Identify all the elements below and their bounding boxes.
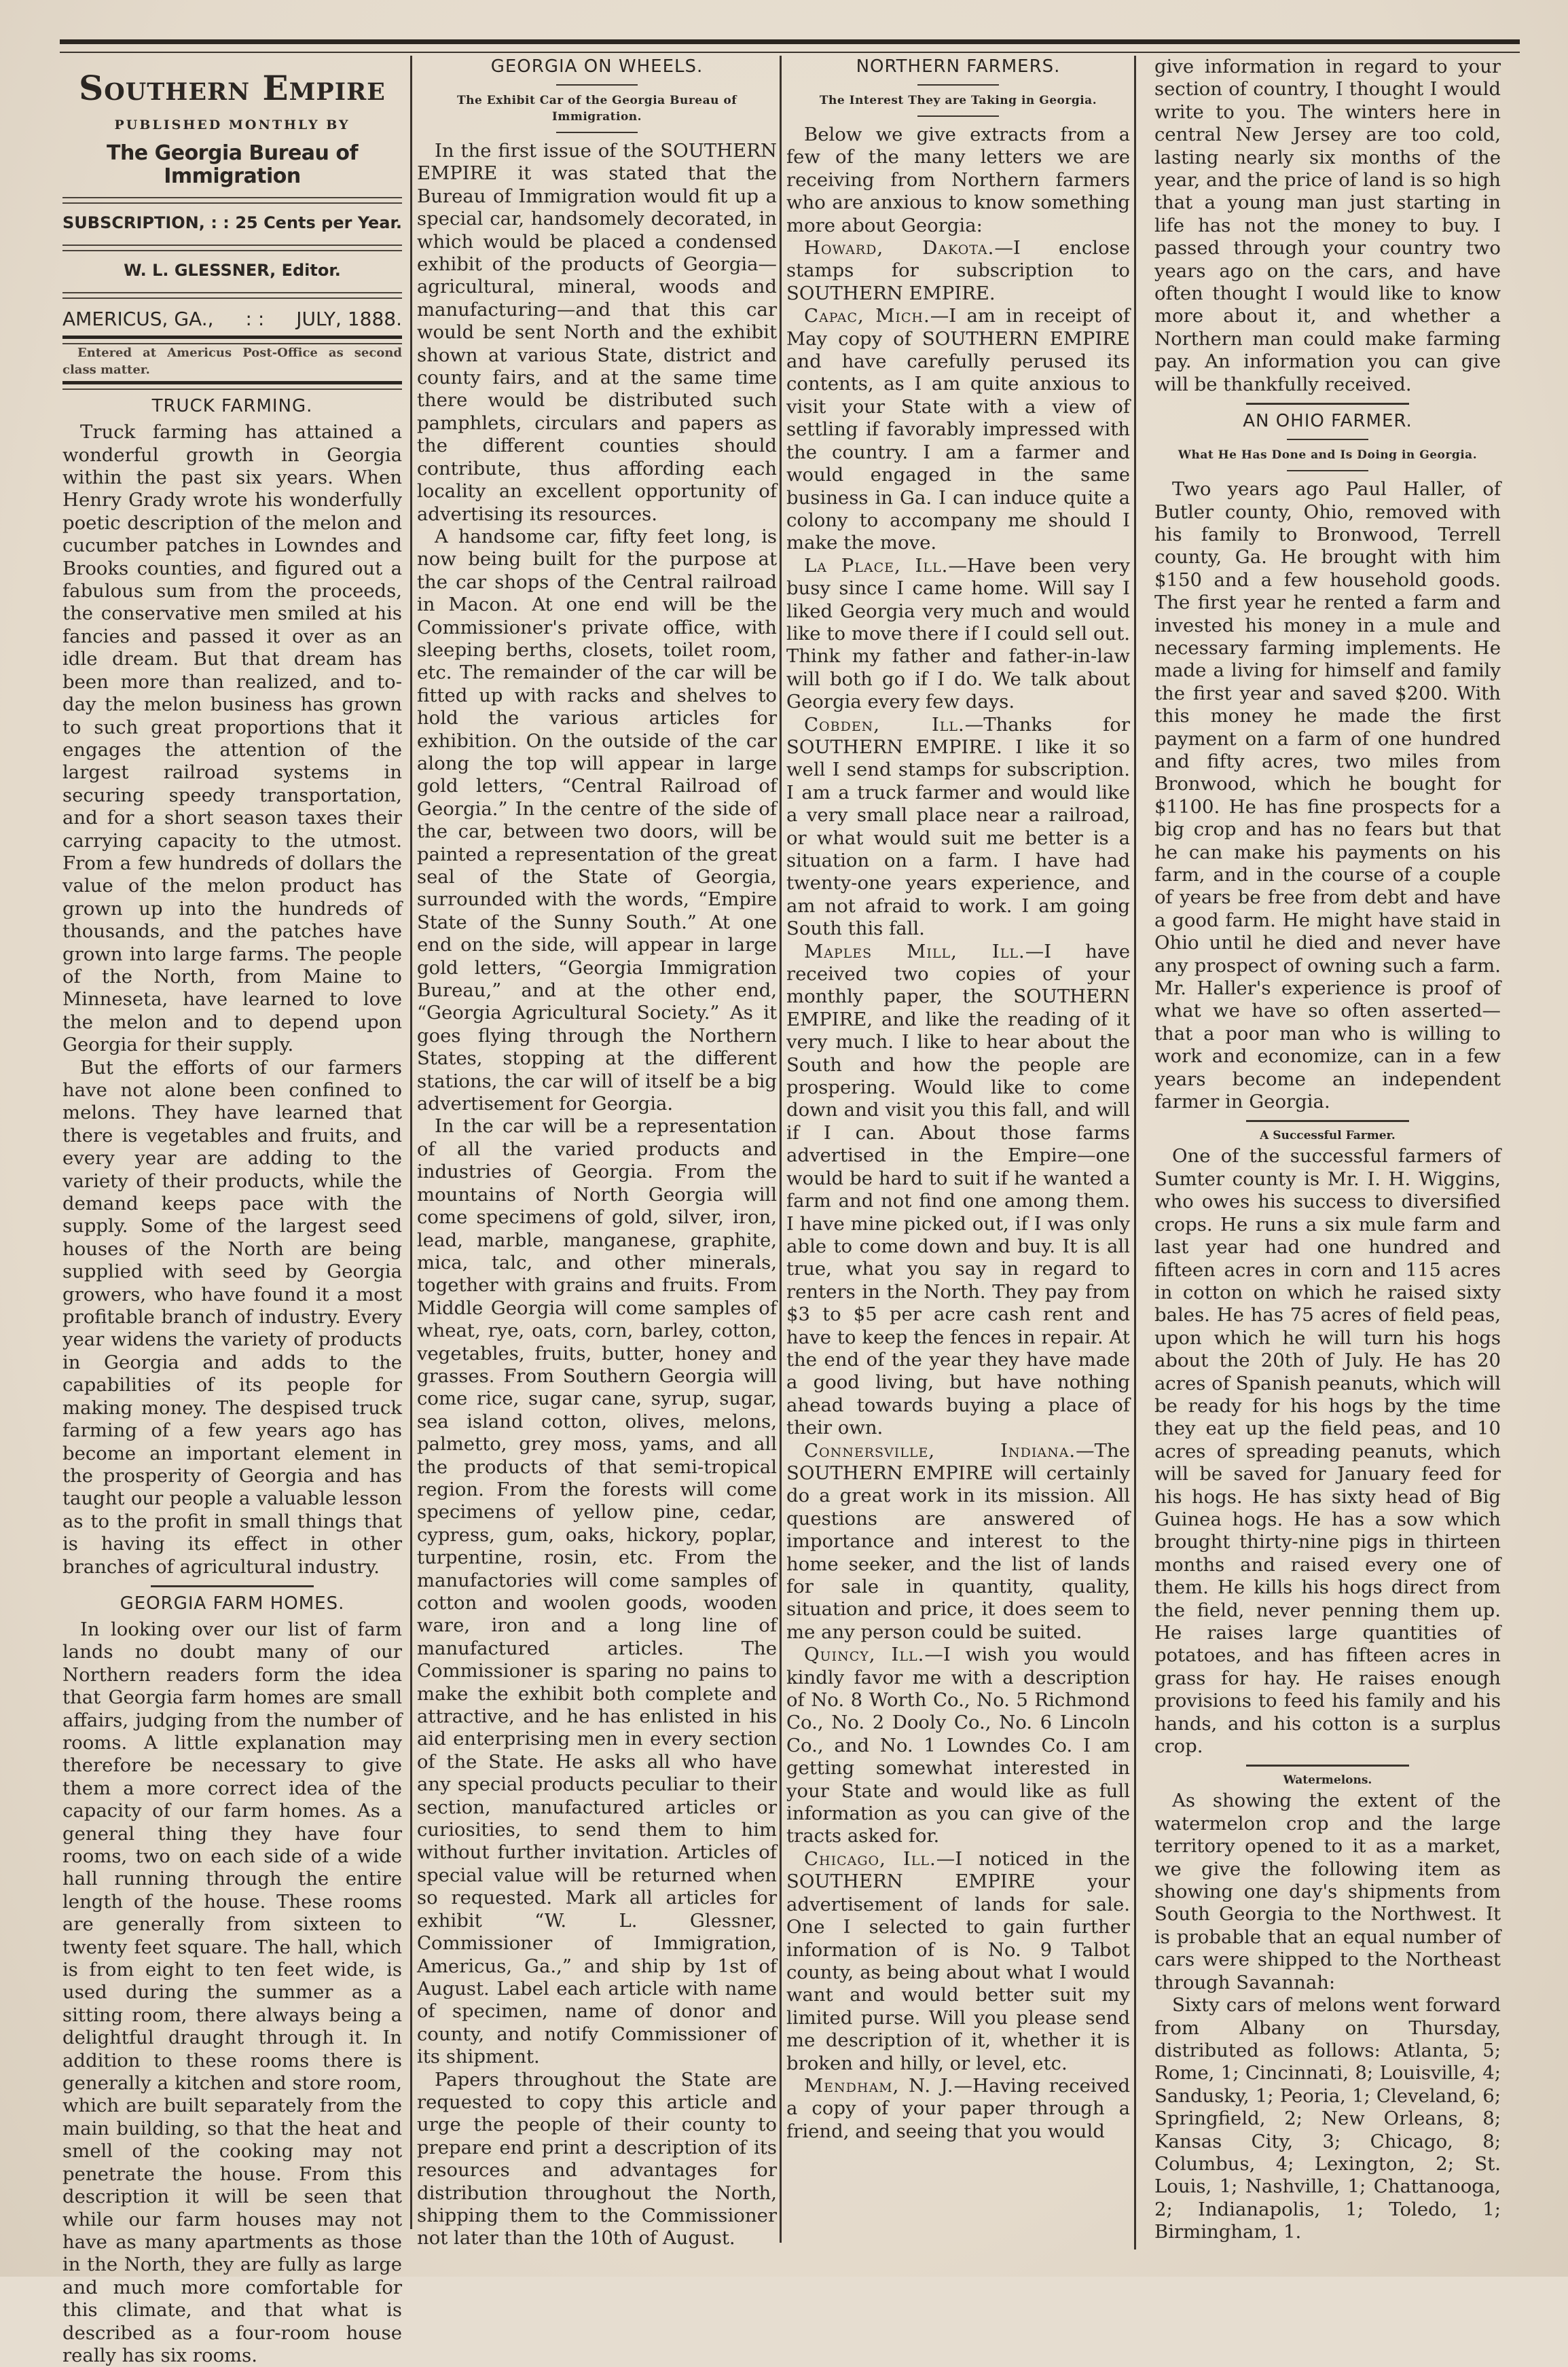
newspaper-page: Southern Empire PUBLISHED MONTHLY BY The… bbox=[0, 0, 1568, 2277]
short-rule bbox=[917, 115, 999, 117]
subscription-price: 25 Cents per Year. bbox=[235, 211, 402, 235]
top-heavy-rule bbox=[60, 39, 1520, 44]
column-divider bbox=[1134, 56, 1136, 2249]
subscription-separator: : : bbox=[211, 211, 230, 235]
short-rule bbox=[917, 84, 999, 86]
section-rule bbox=[151, 1585, 314, 1587]
letter-text: —I have received two copies of your mont… bbox=[786, 941, 1130, 1439]
article-paragraph: Two years ago Paul Haller, of Butler cou… bbox=[1154, 478, 1501, 1113]
subscription-line: SUBSCRIPTION, : : 25 Cents per Year. bbox=[62, 211, 402, 235]
letter-extract: La Place, Ill.—Have been very busy since… bbox=[786, 555, 1130, 714]
masthead: Southern Empire PUBLISHED MONTHLY BY The… bbox=[62, 68, 402, 390]
dateline: AMERICUS, GA., : : JULY, 1888. bbox=[62, 306, 402, 333]
letter-place: Mendham, N. J. bbox=[804, 2075, 953, 2097]
short-rule bbox=[556, 84, 638, 86]
letter-text: —I noticed in the SOUTHERN EMPIRE your a… bbox=[786, 1848, 1130, 2074]
letter-text: —I am in receipt of May copy of SOUTHERN… bbox=[786, 305, 1130, 554]
place: AMERICUS, GA., bbox=[62, 306, 214, 333]
article-intro: Below we give extracts from a few of the… bbox=[786, 124, 1130, 237]
letter-text: —The SOUTHERN EMPIRE will certainly do a… bbox=[786, 1440, 1130, 1643]
subscription-label: SUBSCRIPTION, bbox=[62, 211, 205, 235]
article-heading-farm-homes: GEORGIA FARM HOMES. bbox=[62, 1593, 402, 1614]
heavy-rule bbox=[62, 381, 402, 384]
article-paragraph: A handsome car, fifty feet long, is now … bbox=[417, 526, 777, 1116]
column-3: NORTHERN FARMERS. The Interest They are … bbox=[786, 56, 1130, 2236]
heavy-rule bbox=[62, 336, 402, 339]
column-1: Southern Empire PUBLISHED MONTHLY BY The… bbox=[62, 56, 402, 2236]
top-thin-rule bbox=[60, 52, 1520, 53]
section-rule bbox=[1246, 403, 1409, 405]
letter-place: Cobden, Ill. bbox=[804, 714, 965, 736]
column-2: GEORGIA ON WHEELS. The Exhibit Car of th… bbox=[417, 56, 777, 2236]
letter-extract: Howard, Dakota.—I enclose stamps for sub… bbox=[786, 237, 1130, 305]
double-rule bbox=[62, 197, 402, 204]
section-rule bbox=[1246, 1765, 1409, 1767]
editor-line: W. L. GLESSNER, Editor. bbox=[62, 258, 402, 283]
short-rule bbox=[556, 132, 638, 133]
letter-place: Howard, Dakota. bbox=[804, 237, 994, 259]
article-paragraph: As showing the extent of the watermelon … bbox=[1154, 1790, 1501, 1994]
article-paragraph: Papers throughout the State are requeste… bbox=[417, 2069, 777, 2250]
double-rule bbox=[62, 245, 402, 251]
letter-extract: Chicago, Ill.—I noticed in the SOUTHERN … bbox=[786, 1848, 1130, 2075]
letter-continuation: give information in regard to your secti… bbox=[1154, 56, 1501, 396]
article-paragraph: In the car will be a representation of a… bbox=[417, 1115, 777, 2068]
letter-extract: Mendham, N. J.—Having received a copy of… bbox=[786, 2075, 1130, 2143]
letter-place: Connersville, Indiana. bbox=[804, 1440, 1076, 1462]
article-paragraph: In looking over our list of farm lands n… bbox=[62, 1619, 402, 2277]
letter-place: Quincy, Ill. bbox=[804, 1644, 924, 1665]
letter-place: Capac, Mich. bbox=[804, 305, 930, 327]
letter-text: —Thanks for SOUTHERN EMPIRE. I like it s… bbox=[786, 714, 1130, 940]
article-heading-truck-farming: TRUCK FARMING. bbox=[62, 395, 402, 417]
column-divider bbox=[410, 56, 412, 2229]
letter-extract: Cobden, Ill.—Thanks for SOUTHERN EMPIRE.… bbox=[786, 714, 1130, 941]
section-rule bbox=[1246, 1120, 1409, 1122]
letter-extract: Maples Mill, Ill.—I have received two co… bbox=[786, 941, 1130, 1440]
double-rule bbox=[62, 292, 402, 299]
short-rule bbox=[1287, 470, 1368, 471]
issue-date: JULY, 1888. bbox=[296, 306, 402, 333]
letter-place: La Place, Ill. bbox=[804, 555, 948, 577]
short-rule bbox=[1287, 439, 1368, 440]
dateline-separator: : : bbox=[246, 306, 265, 333]
column-4: give information in regard to your secti… bbox=[1154, 56, 1501, 2236]
published-by: PUBLISHED MONTHLY BY bbox=[62, 114, 402, 137]
article-paragraph: Truck farming has attained a wonderful g… bbox=[62, 421, 402, 1056]
letter-place: Chicago, Ill. bbox=[804, 1848, 936, 1870]
article-paragraph: In the first issue of the SOUTHERN EMPIR… bbox=[417, 140, 777, 526]
article-heading-georgia-on-wheels: GEORGIA ON WHEELS. bbox=[417, 56, 777, 77]
letter-extract: Quincy, Ill.—I wish you would kindly fav… bbox=[786, 1644, 1130, 1848]
article-paragraph: One of the successful farmers of Sumter … bbox=[1154, 1145, 1501, 1758]
thin-rule bbox=[62, 389, 402, 390]
column-divider bbox=[780, 56, 782, 2243]
postal-notice: Entered at Americus Post-Office as secon… bbox=[62, 344, 402, 378]
letter-extract: Connersville, Indiana.—The SOUTHERN EMPI… bbox=[786, 1440, 1130, 1644]
article-heading-ohio-farmer: AN OHIO FARMER. bbox=[1154, 410, 1501, 432]
letter-extract: Capac, Mich.—I am in receipt of May copy… bbox=[786, 305, 1130, 554]
letter-place: Maples Mill, Ill. bbox=[804, 941, 1025, 962]
letter-text: —I wish you would kindly favor me with a… bbox=[786, 1644, 1130, 1847]
publisher-name: The Georgia Bureau of Immigration bbox=[62, 142, 402, 187]
article-heading-successful-farmer: A Successful Farmer. bbox=[1154, 1127, 1501, 1144]
article-heading-northern-farmers: NORTHERN FARMERS. bbox=[786, 56, 1130, 77]
article-heading-watermelons: Watermelons. bbox=[1154, 1772, 1501, 1788]
masthead-title: Southern Empire bbox=[62, 68, 402, 109]
article-paragraph: Sixty cars of melons went forward from A… bbox=[1154, 1994, 1501, 2243]
article-subheading: The Interest They are Taking in Georgia. bbox=[786, 92, 1130, 109]
article-subheading: What He Has Done and Is Doing in Georgia… bbox=[1154, 447, 1501, 463]
article-subheading: The Exhibit Car of the Georgia Bureau of… bbox=[417, 92, 777, 125]
letter-text: —Have been very busy since I came home. … bbox=[786, 555, 1130, 712]
article-paragraph: But the efforts of our farmers have not … bbox=[62, 1057, 402, 1578]
